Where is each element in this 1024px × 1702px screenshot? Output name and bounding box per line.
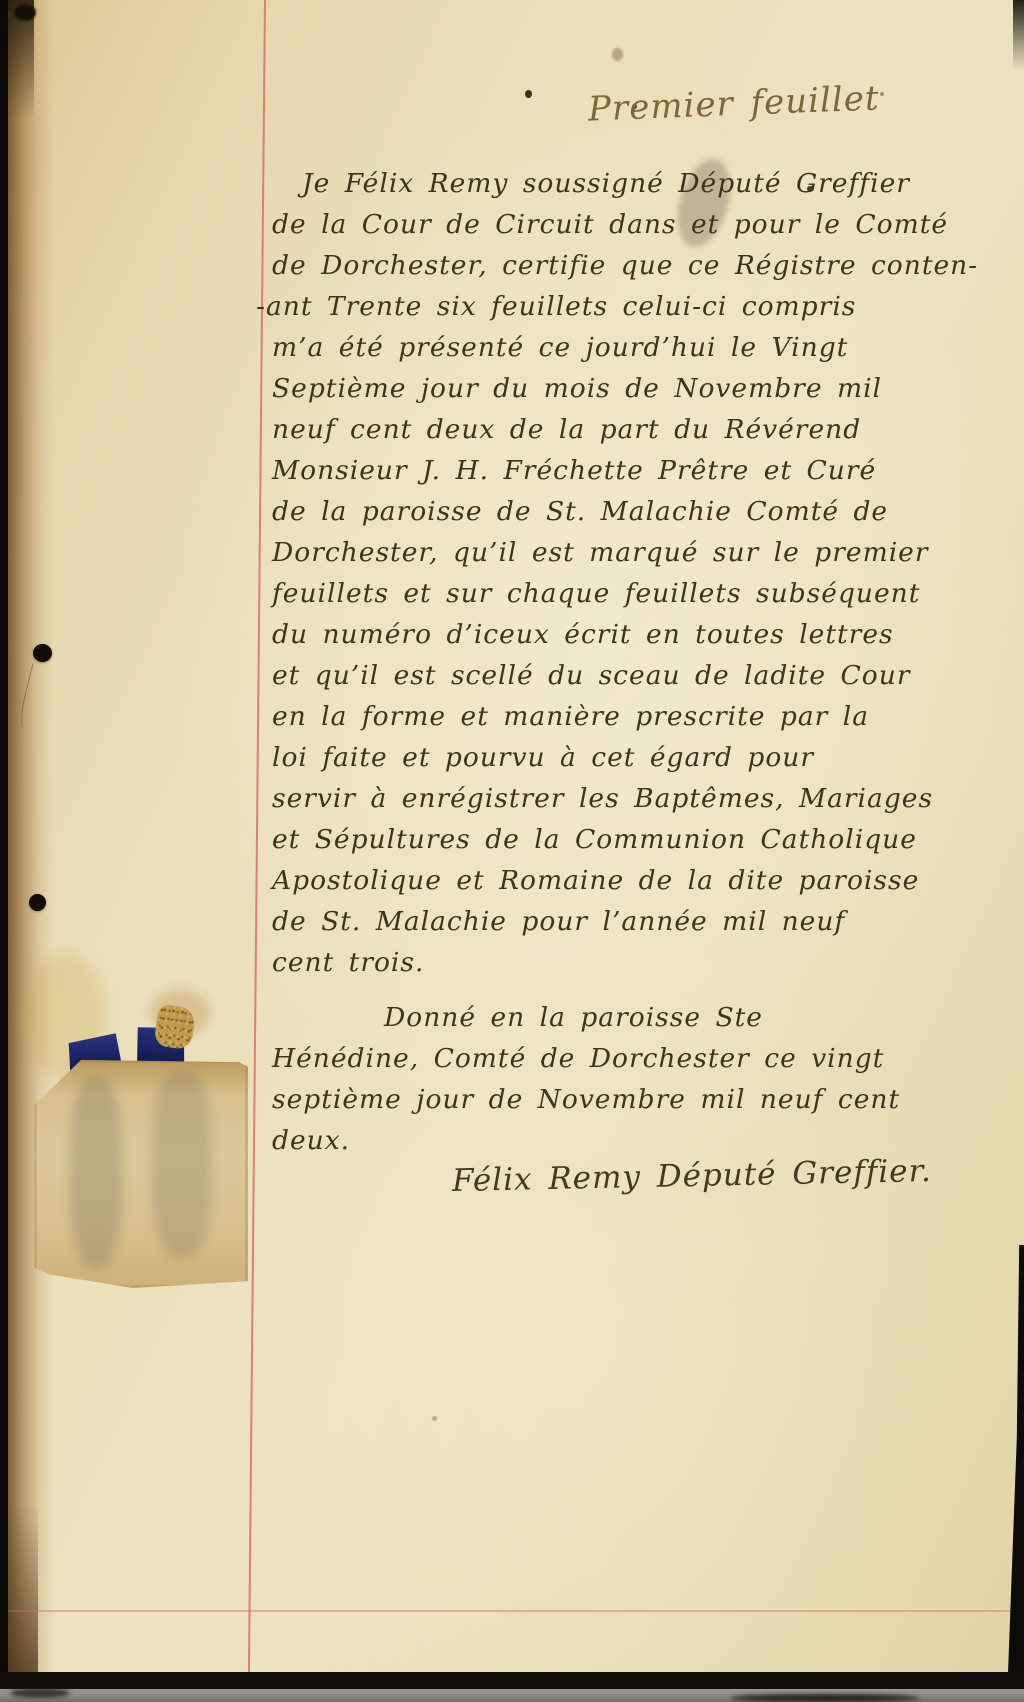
punch-hole-bottom bbox=[29, 894, 46, 911]
manuscript-line: Apostolique et Romaine de la dite parois… bbox=[272, 860, 1024, 901]
manuscript-line: servir à enrégistrer les Baptêmes, Maria… bbox=[272, 778, 1024, 819]
manuscript-line: feuillets et sur chaque feuillets subséq… bbox=[272, 573, 1024, 614]
manuscript-line: Hénédine, Comté de Dorchester ce vingt bbox=[272, 1038, 1024, 1079]
red-margin-line-horizontal bbox=[8, 1610, 1024, 1612]
manuscript-line: septième jour de Novembre mil neuf cent bbox=[272, 1079, 1024, 1120]
manuscript-line: -ant Trente six feuillets celui-ci compr… bbox=[256, 286, 1024, 327]
manuscript-line: Monsieur J. H. Fréchette Prêtre et Curé bbox=[272, 450, 1024, 491]
manuscript-line: de la paroisse de St. Malachie Comté de bbox=[272, 491, 1024, 532]
manuscript-line: Donné en la paroisse Ste bbox=[272, 997, 1024, 1038]
patch-smudge bbox=[70, 1076, 122, 1268]
manuscript-line: Je Félix Remy soussigné Député Greffier bbox=[272, 163, 1024, 204]
manuscript-line: du numéro d’iceux écrit en toutes lettre… bbox=[272, 614, 1024, 655]
punch-hole-top bbox=[33, 644, 52, 662]
manuscript-line: Septième jour du mois de Novembre mil bbox=[272, 368, 1024, 409]
manuscript-line: en la forme et manière prescrite par la bbox=[272, 696, 1024, 737]
paper-speck bbox=[880, 92, 884, 96]
page-edge-top-right bbox=[1013, 0, 1024, 70]
patch-smudge bbox=[152, 1070, 212, 1258]
binding-gutter-shadow bbox=[8, 0, 54, 1673]
scanned-manuscript-page: Premier feuillet Je Félix Remy soussigné… bbox=[0, 0, 1024, 1702]
manuscript-line: m’a été présenté ce jourd’hui le Vingt bbox=[272, 327, 1024, 368]
scanner-bed-shadow bbox=[730, 1694, 920, 1702]
manuscript-line: et Sépultures de la Communion Catholique bbox=[272, 819, 1024, 860]
certification-text: Je Félix Remy soussigné Député Greffier … bbox=[272, 163, 1024, 1161]
manuscript-line: Dorchester, qu’il est marqué sur le prem… bbox=[272, 532, 1024, 573]
paper-speck bbox=[432, 1416, 437, 1421]
manuscript-line: de la Cour de Circuit dans et pour le Co… bbox=[272, 204, 1024, 245]
manuscript-line: et qu’il est scellé du sceau de ladite C… bbox=[272, 655, 1024, 696]
manuscript-line: de St. Malachie pour l’année mil neuf bbox=[272, 901, 1024, 942]
manuscript-line: cent trois. bbox=[272, 942, 1024, 983]
paper-speck bbox=[525, 90, 532, 98]
top-left-ink-blot bbox=[14, 4, 36, 21]
paper-speck bbox=[612, 48, 623, 61]
binding-shadow-bottom bbox=[8, 1500, 38, 1673]
pasted-paper-patch bbox=[34, 1060, 248, 1288]
page-bottom-edge-shadow bbox=[0, 1672, 1024, 1689]
manuscript-line: neuf cent deux de la part du Révérend bbox=[272, 409, 1024, 450]
manuscript-line: de Dorchester, certifie que ce Régistre … bbox=[272, 245, 1024, 286]
scanner-bed-shadow bbox=[10, 1688, 70, 1698]
manuscript-line: loi faite et pourvu à cet égard pour bbox=[272, 737, 1024, 778]
